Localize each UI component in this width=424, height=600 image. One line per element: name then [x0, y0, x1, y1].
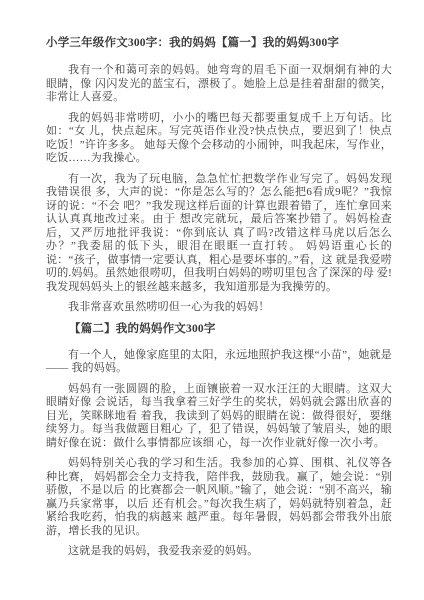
part2-heading: 【篇二】我的妈妈作文300字: [46, 322, 392, 336]
part1-paragraph-2: 我的妈妈非常唠叨，小小的嘴巴每天都要重复成千上万句话。比如：“女 儿，快点起床。…: [46, 112, 392, 166]
part1-paragraph-4: 我非常喜欢虽然唠叨但一心为我的妈妈！: [46, 301, 392, 315]
essay-document: 小学三年级作文300字：我的妈妈【篇一】我的妈妈300字 我有一个和蔼可亲的妈妈…: [46, 36, 392, 566]
part1-paragraph-1: 我有一个和蔼可亲的妈妈。她弯弯的眉毛下面一双炯炯有神的大眼睛，像 闪闪发光的蓝宝…: [46, 64, 392, 105]
part2-paragraph-1: 有一个人，她像家庭里的太阳，永远地照护我这棵“小苗”，她就是—— 我的妈妈。: [46, 349, 392, 376]
essay-title: 小学三年级作文300字：我的妈妈【篇一】我的妈妈300字: [46, 36, 392, 50]
part2-paragraph-2: 妈妈有一张圆圆的脸，上面镶嵌着一双水汪汪的大眼睛。这双大眼睛好像 会说话，每当我…: [46, 383, 392, 451]
part2-paragraph-3: 妈妈特别关心我的学习和生活。我参加的心算、围棋、礼仪等各种比赛， 妈妈都会全力支…: [46, 457, 392, 538]
part2-paragraph-4: 这就是我的妈妈，我爱我亲爱的妈妈。: [46, 545, 392, 559]
part1-paragraph-3: 有一次，我为了玩电脑，急急忙忙把数学作业写完了。妈妈发现我错误很 多，大声的说：…: [46, 173, 392, 295]
